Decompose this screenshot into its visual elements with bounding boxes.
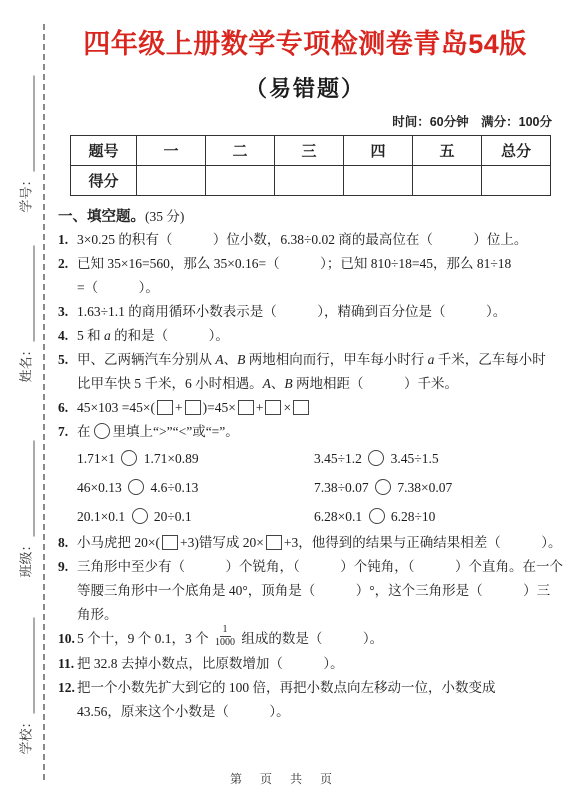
question-1-number: 1. — [58, 228, 77, 252]
comparison-circle — [368, 450, 384, 466]
time-and-score-meta: 时间：60分钟 满分：100分 — [58, 112, 552, 130]
answer-box — [185, 400, 201, 415]
comparison-circle — [375, 479, 391, 495]
question-4-text: 5 和 a 的和是（ ）。 — [77, 324, 552, 348]
question-5: 5. 甲、乙两辆汽车分别从 A、B 两地相向而行，甲车每小时行 a 千米，乙车每… — [58, 348, 552, 396]
question-2-text: =（ ）。 — [77, 276, 552, 300]
question-2-number: 2. — [58, 252, 77, 300]
comparison-circle — [132, 508, 148, 524]
question-1: 1. 3×0.25 的积有（ ）位小数，6.38÷0.02 商的最高位在（ ）位… — [58, 228, 552, 252]
question-7-number: 7. — [58, 420, 77, 531]
answer-box — [265, 400, 281, 415]
student-name-blank-line — [21, 245, 35, 341]
question-8-number: 8. — [58, 531, 77, 555]
section-1-points: (35 分) — [145, 209, 184, 224]
student-id-blank-line — [21, 75, 35, 171]
question-8-text: 小马虎把 20×(+3)错写成 20×+3，他得到的结果与正确结果相差（ ）。 — [77, 531, 561, 555]
comparison-item: 20.1×0.1 20÷0.1 — [77, 502, 314, 531]
question-12-number: 12. — [58, 676, 77, 724]
variable: a — [428, 352, 435, 367]
question-9-text: 等腰三角形中一个底角是 40°，顶角是（ ）°，这个三角形是（ ）三 — [77, 579, 563, 603]
class-label: 班级： — [16, 538, 35, 577]
exam-paper: 四年级上册数学专项检测卷青岛54版 （易错题） 时间：60分钟 满分：100分 … — [58, 0, 552, 724]
score-table-header-cell: 题号 — [71, 136, 137, 166]
comparison-item: 7.38÷0.07 7.38×0.07 — [314, 473, 552, 502]
score-cell — [206, 166, 275, 196]
school-label: 学校： — [16, 715, 35, 754]
comparison-item: 46×0.13 4.6÷0.13 — [77, 473, 314, 502]
comparison-circle — [128, 479, 144, 495]
score-table: 题号 一 二 三 四 五 总分 得分 — [70, 135, 551, 196]
question-10-text: 5 个十，9 个 0.1，3 个 11000 组成的数是（ ）。 — [77, 627, 552, 652]
question-3-number: 3. — [58, 300, 77, 324]
section-1-title: 一、填空题。 — [58, 209, 145, 225]
comparison-circle — [94, 423, 110, 439]
question-10-number: 10. — [58, 627, 77, 652]
question-8: 8. 小马虎把 20×(+3)错写成 20×+3，他得到的结果与正确结果相差（ … — [58, 531, 552, 555]
question-12-text: 把一个小数先扩大到它的 100 倍，再把小数点向左移动一位，小数变成 — [77, 676, 552, 700]
question-6-text: 45×103 =45×(+)=45×+× — [77, 396, 552, 420]
question-12-text: 43.56，原来这个小数是（ ）。 — [77, 700, 552, 724]
question-11-text: 把 32.8 去掉小数点，比原数增加（ ）。 — [77, 652, 552, 676]
question-3-text: 1.63÷1.1 的商用循环小数表示是（ ），精确到百分位是（ ）。 — [77, 300, 552, 324]
class-field: 班级： — [15, 403, 35, 578]
question-11-number: 11. — [58, 652, 77, 676]
question-12: 12. 把一个小数先扩大到它的 100 倍，再把小数点向左移动一位，小数变成 4… — [58, 676, 552, 724]
student-id-field: 学号： — [15, 38, 35, 213]
variable: a — [104, 328, 111, 343]
score-cell — [482, 166, 551, 196]
variable: B — [237, 352, 245, 367]
score-cell — [413, 166, 482, 196]
variable: A — [215, 352, 223, 367]
question-7-comparison-grid: 1.71×1 1.71×0.89 3.45÷1.2 3.45÷1.5 46×0.… — [77, 444, 552, 531]
school-field: 学校： — [15, 580, 35, 755]
score-table-header-cell: 五 — [413, 136, 482, 166]
question-6-number: 6. — [58, 396, 77, 420]
variable: B — [284, 376, 292, 391]
question-5-number: 5. — [58, 348, 77, 396]
class-blank-line — [21, 440, 35, 536]
question-list: 1. 3×0.25 的积有（ ）位小数，6.38÷0.02 商的最高位在（ ）位… — [58, 228, 552, 724]
answer-box — [162, 535, 178, 550]
comparison-item: 3.45÷1.2 3.45÷1.5 — [314, 444, 552, 473]
answer-box — [238, 400, 254, 415]
question-2: 2. 已知 35×16=560，那么 35×0.16=（ ）；已知 810÷18… — [58, 252, 552, 300]
dashed-separator — [43, 24, 45, 780]
comparison-item: 1.71×1 1.71×0.89 — [77, 444, 314, 473]
question-2-text: 已知 35×16=560，那么 35×0.16=（ ）；已知 810÷18=45… — [77, 252, 552, 276]
question-4-number: 4. — [58, 324, 77, 348]
fraction: 11000 — [214, 624, 236, 649]
comparison-item: 6.28×0.1 6.28÷10 — [314, 502, 552, 531]
score-table-header-cell: 四 — [344, 136, 413, 166]
variable: A — [263, 376, 271, 391]
question-7: 7. 在里填上“>”“<”或“=”。 1.71×1 1.71×0.89 3.45… — [58, 420, 552, 531]
score-table-header-cell: 三 — [275, 136, 344, 166]
score-cell — [137, 166, 206, 196]
question-10: 10. 5 个十，9 个 0.1，3 个 11000 组成的数是（ ）。 — [58, 627, 552, 652]
question-7-text: 在里填上“>”“<”或“=”。 — [77, 420, 552, 444]
score-table-score-row: 得分 — [71, 166, 551, 196]
section-1-heading: 一、填空题。(35 分) — [58, 205, 552, 226]
score-cell — [275, 166, 344, 196]
page-subtitle: （易错题） — [58, 72, 552, 103]
score-table-header-cell: 一 — [137, 136, 206, 166]
answer-box — [266, 535, 282, 550]
score-table-header-cell: 总分 — [482, 136, 551, 166]
question-9-number: 9. — [58, 555, 77, 627]
question-9-text: 三角形中至少有（ ）个锐角，（ ）个钝角，（ ）个直角。在一个 — [77, 555, 563, 579]
question-1-text: 3×0.25 的积有（ ）位小数，6.38÷0.02 商的最高位在（ ）位上。 — [77, 228, 552, 252]
question-9-text: 角形。 — [77, 603, 563, 627]
question-11: 11. 把 32.8 去掉小数点，比原数增加（ ）。 — [58, 652, 552, 676]
comparison-circle — [369, 508, 385, 524]
score-row-label: 得分 — [71, 166, 137, 196]
comparison-circle — [121, 450, 137, 466]
page-footer: 第 页 共 页 — [0, 770, 565, 787]
school-blank-line — [21, 617, 35, 713]
question-5-text: 甲、乙两辆汽车分别从 A、B 两地相向而行，甲车每小时行 a 千米，乙车每小时 — [77, 348, 552, 372]
score-cell — [344, 166, 413, 196]
question-9: 9. 三角形中至少有（ ）个锐角，（ ）个钝角，（ ）个直角。在一个 等腰三角形… — [58, 555, 552, 627]
question-3: 3. 1.63÷1.1 的商用循环小数表示是（ ），精确到百分位是（ ）。 — [58, 300, 552, 324]
answer-box — [157, 400, 173, 415]
student-name-label: 姓名： — [16, 343, 35, 382]
page-title: 四年级上册数学专项检测卷青岛54版 — [58, 22, 552, 61]
score-table-header-cell: 二 — [206, 136, 275, 166]
score-table-header-row: 题号 一 二 三 四 五 总分 — [71, 136, 551, 166]
answer-box — [293, 400, 309, 415]
question-5-text: 比甲车快 5 千米，6 小时相遇。A、B 两地相距（ ）千米。 — [77, 372, 552, 396]
question-6: 6. 45×103 =45×(+)=45×+× — [58, 396, 552, 420]
student-name-field: 姓名： — [15, 208, 35, 383]
question-4: 4. 5 和 a 的和是（ ）。 — [58, 324, 552, 348]
